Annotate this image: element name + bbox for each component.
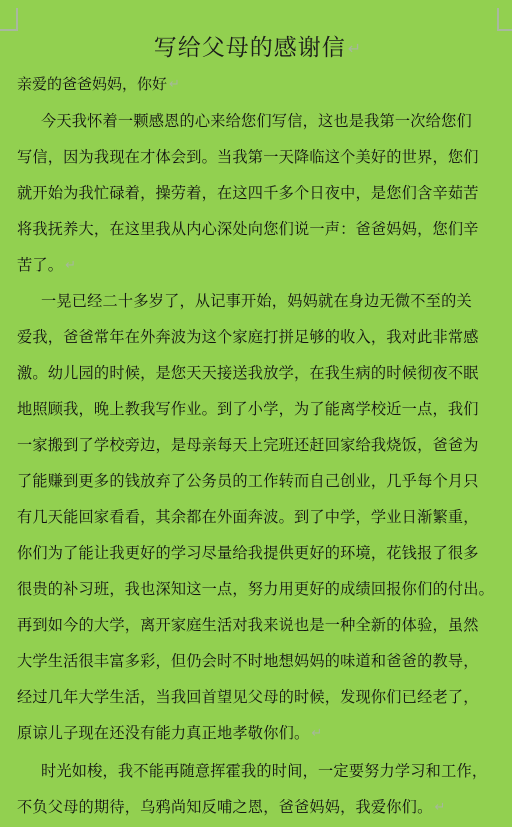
paragraph-2: 一晃已经二十多岁了，从记事开始，妈妈就在身边无微不至的关 爱我，爸爸常年在外奔波…: [17, 283, 499, 751]
paragraph-line: 你们为了能让我更好的学习尽量给我提供更好的环境，花钱报了很多: [17, 535, 499, 571]
greeting-text: 亲爱的爸爸妈妈，你好: [17, 75, 167, 93]
paragraph-1: 今天我怀着一颗感恩的心来给您们写信，这也是我第一次给您们 写信，因为我现在才体会…: [17, 103, 499, 283]
page-margin-corner-right: [497, 8, 512, 31]
paragraph-line: 一晃已经二十多岁了，从记事开始，妈妈就在身边无微不至的关: [17, 283, 499, 319]
paragraph-3: 时光如梭，我不能再随意挥霍我的时间，一定要努力学习和工作， 不负父母的期待，乌鸦…: [17, 753, 499, 825]
paragraph-line: 爱我，爸爸常年在外奔波为这个家庭打拼足够的收入，我对此非常感: [17, 319, 499, 355]
paragraph-line: 再到如今的大学，离开家庭生活对我来说也是一种全新的体验，虽然: [17, 607, 499, 643]
paragraph-line: 时光如梭，我不能再随意挥霍我的时间，一定要努力学习和工作，: [17, 753, 499, 789]
line-text: 原谅儿子现在还没有能力真正地孝敬你们。: [17, 724, 309, 742]
paragraph-line: 激。幼儿园的时候，是您天天接送我放学，在我生病的时候彻夜不眠: [17, 355, 499, 391]
paragraph-mark-icon: ↵: [348, 39, 362, 58]
paragraph-line: 大学生活很丰富多彩，但仍会时不时地想妈妈的味道和爸爸的教导，: [17, 643, 499, 679]
paragraph-mark-icon: ↵: [311, 726, 322, 741]
line-text: 苦了。: [17, 256, 63, 274]
line-text: 不负父母的期待，乌鸦尚知反哺之恩，爸爸妈妈，我爱你们。: [17, 798, 432, 816]
paragraph-line: 有几天能回家看看，其余都在外面奔波。到了中学，学业日渐繁重，: [17, 499, 499, 535]
paragraph-line-last: 不负父母的期待，乌鸦尚知反哺之恩，爸爸妈妈，我爱你们。↵: [17, 789, 499, 825]
title-text: 写给父母的感谢信: [154, 35, 346, 61]
paragraph-line: 一家搬到了学校旁边，是母亲每天上完班还赶回家给我烧饭，爸爸为: [17, 427, 499, 463]
paragraph-line: 写信，因为我现在才体会到。当我第一天降临这个美好的世界，您们: [17, 139, 499, 175]
paragraph-line: 将我抚养大，在这里我从内心深处向您们说一声：爸爸妈妈，您们辛: [17, 211, 499, 247]
paragraph-mark-icon: ↵: [169, 77, 180, 92]
paragraph-line-last: 原谅儿子现在还没有能力真正地孝敬你们。↵: [17, 715, 499, 751]
paragraph-line: 今天我怀着一颗感恩的心来给您们写信，这也是我第一次给您们: [17, 103, 499, 139]
paragraph-line: 就开始为我忙碌着，操劳着，在这四千多个日夜中，是您们含辛茹苦: [17, 175, 499, 211]
paragraph-line: 地照顾我，晚上教我写作业。到了小学，为了能离学校近一点，我们: [17, 391, 499, 427]
greeting: 亲爱的爸爸妈妈，你好↵: [17, 74, 180, 95]
paragraph-mark-icon: ↵: [65, 258, 76, 273]
paragraph-mark-icon: ↵: [434, 800, 445, 815]
paragraph-line: 了能赚到更多的钱放弃了公务员的工作转而自己创业，几乎每个月只: [17, 463, 499, 499]
page-margin-corner-left: [0, 8, 18, 31]
paragraph-line-last: 苦了。↵: [17, 247, 499, 283]
document-title: 写给父母的感谢信↵: [17, 33, 499, 64]
paragraph-line: 经过几年大学生活，当我回首望见父母的时候，发现你们已经老了，: [17, 679, 499, 715]
paragraph-line: 很贵的补习班，我也深知这一点，努力用更好的成绩回报你们的付出。: [17, 571, 499, 607]
